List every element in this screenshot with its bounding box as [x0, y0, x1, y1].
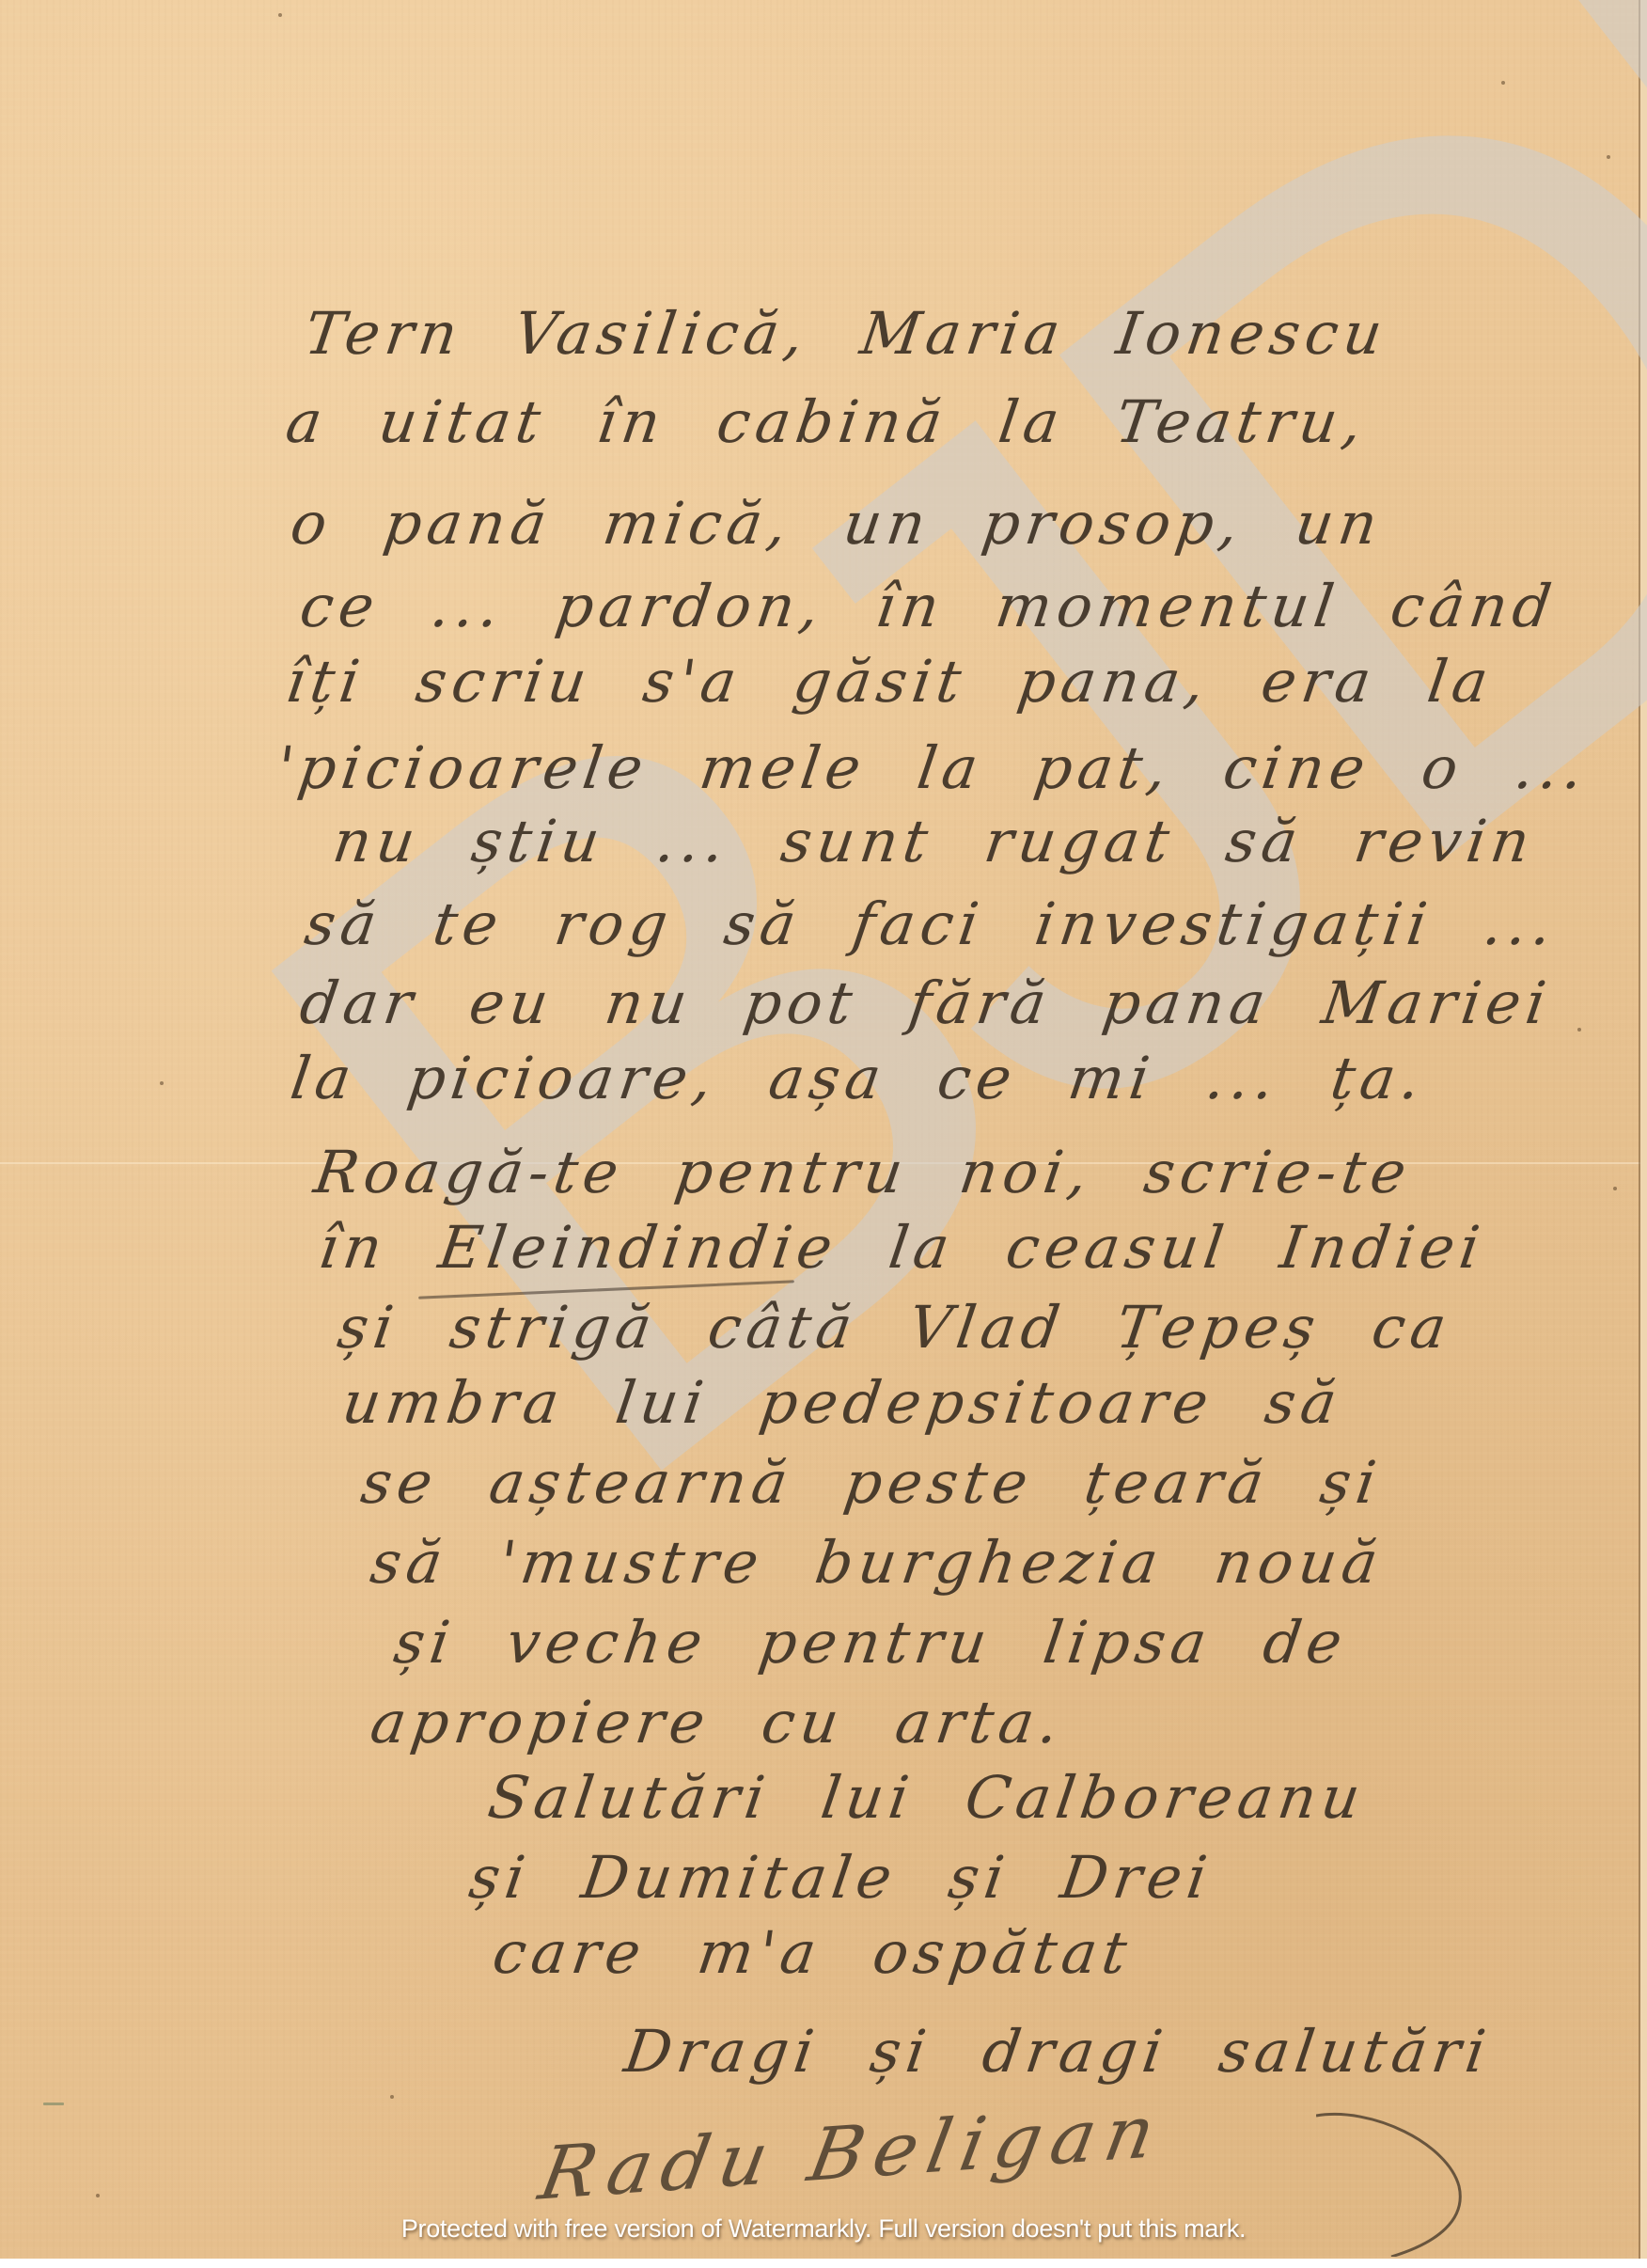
letter-line: apropiere cu arta. [367, 1688, 1069, 1756]
letter-line: ce ... pardon, în momentul când [296, 572, 1561, 640]
letter-line: în Eleindindie la ceasul Indiei [315, 1213, 1489, 1282]
letter-line: Tern Vasilică, Maria Ionescu [301, 299, 1392, 368]
letter-line: 'picioarele mele la pat, cine o ... [273, 733, 1592, 802]
letter-line: dar eu nu pot fără pana Mariei [296, 969, 1556, 1037]
letter-line: o pană mică, un prosop, un [287, 489, 1388, 558]
letter-body: Tern Vasilică, Maria Ionescu a uitat în … [0, 0, 1647, 2259]
letter-line: nu știu ... sunt rugat să revin [329, 807, 1540, 875]
closing-line: care m'a ospătat [489, 1918, 1137, 1987]
letter-line: și strigă câtă Vlad Țepeș ca [334, 1293, 1456, 1362]
letter-line: umbra lui pedepsitoare să [338, 1368, 1346, 1437]
letter-line: se aștearnă peste țeară și [357, 1448, 1386, 1517]
letter-line: a uitat în cabină la Teatru, [282, 387, 1372, 456]
closing-line: și Dumitale și Drei [465, 1843, 1216, 1912]
watermarkly-notice: Protected with free version of Watermark… [0, 2214, 1647, 2244]
closing-line: Salutări lui Calboreanu [484, 1763, 1370, 1832]
letter-line: Roagă-te pentru noi, scrie-te [310, 1138, 1416, 1206]
letter-line: să 'mustre burghezia nouă [367, 1528, 1388, 1597]
letter-line: să te rog să faci investigații ... [301, 890, 1561, 958]
letter-line: la picioare, așa ce mi ... ța. [287, 1044, 1430, 1112]
letter-line: și veche pentru lipsa de [390, 1608, 1352, 1677]
letter-line: îți scriu s'a găsit pana, era la [282, 647, 1498, 716]
closing-line: Dragi și dragi salutări [620, 2017, 1496, 2086]
scan-bottom-border [0, 2259, 1647, 2268]
